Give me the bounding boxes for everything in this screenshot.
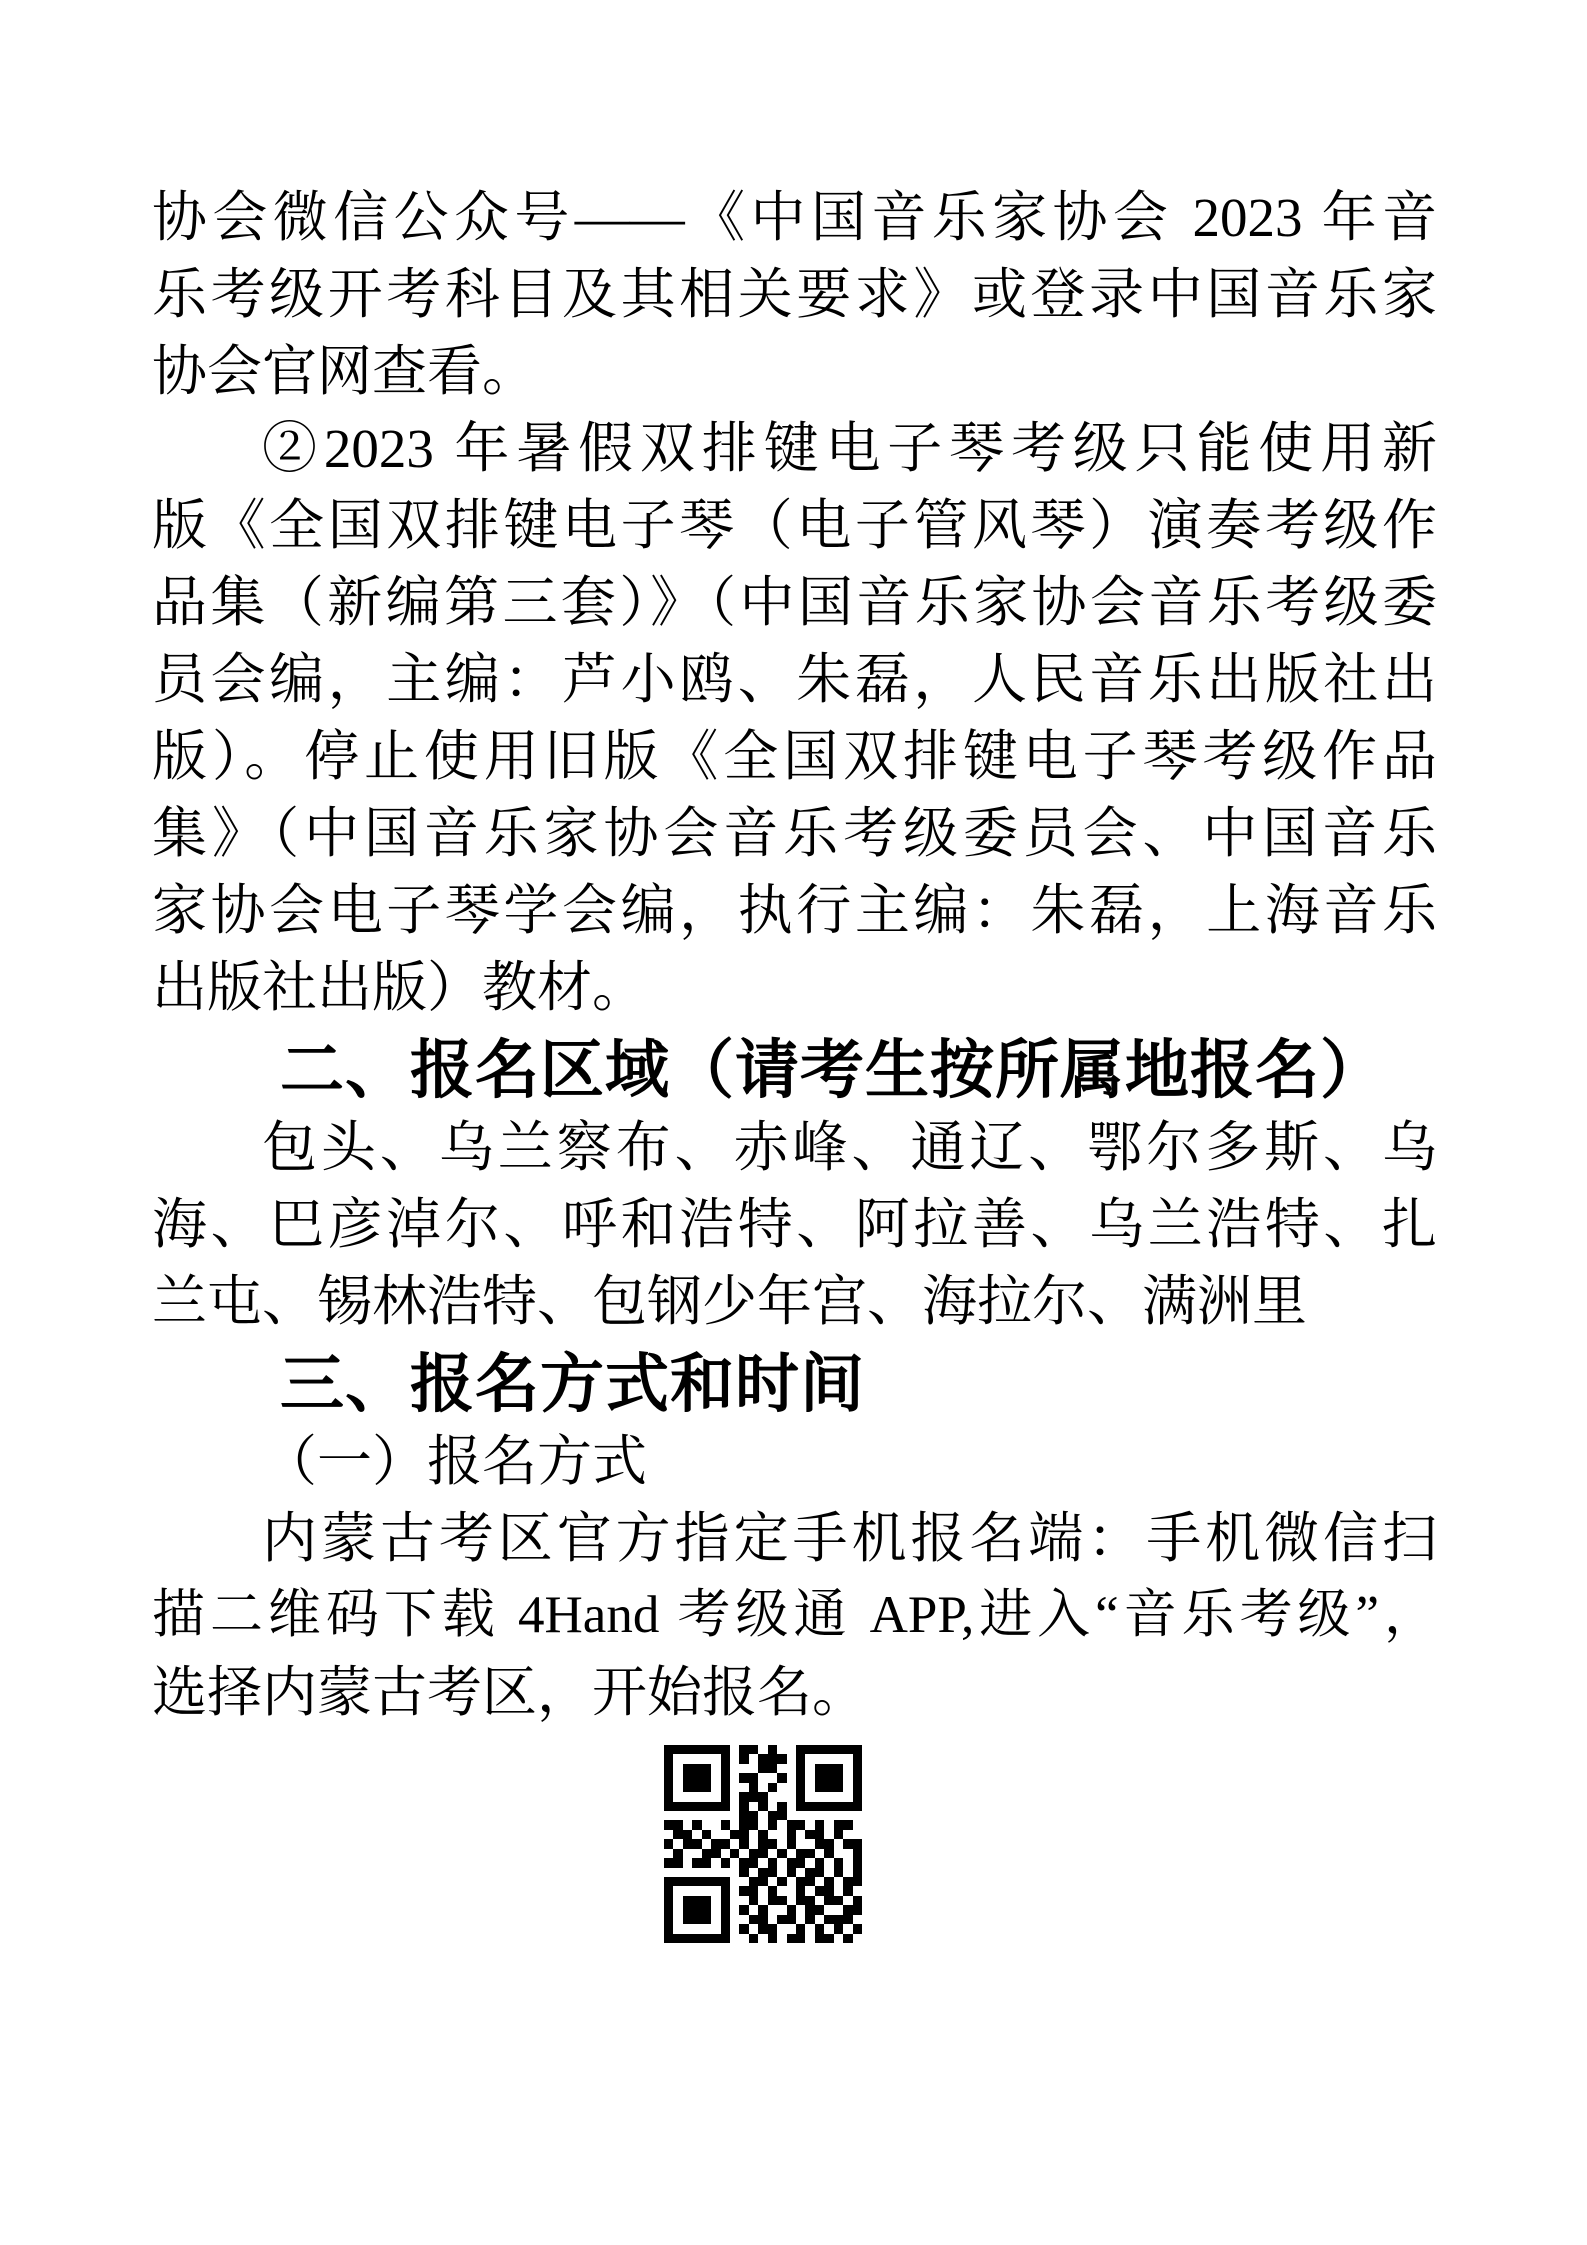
body-text-line: 品集（新编第三套）》（中国音乐家协会音乐考级委 bbox=[152, 564, 1437, 641]
qr-code bbox=[664, 1745, 862, 1943]
document-page: 协会微信公众号——《中国音乐家协会 2023 年音 乐考级开考科目及其相关要求》… bbox=[0, 0, 1587, 2245]
section-heading-registration-method: 三、报名方式和时间 bbox=[152, 1346, 1437, 1423]
body-text-line: 乐考级开考科目及其相关要求》或登录中国音乐家 bbox=[152, 256, 1437, 333]
body-text-line: 描二维码下载 4Hand 考级通 APP,进入“音乐考级”， bbox=[152, 1577, 1437, 1654]
body-text-line: 员会编，主编：芦小鸥、朱磊，人民音乐出版社出 bbox=[152, 641, 1437, 718]
body-text-line: 协会官网查看。 bbox=[152, 333, 1437, 410]
body-text-line: 兰屯、锡林浩特、包钢少年宫、海拉尔、满洲里 bbox=[152, 1263, 1437, 1340]
subsection-heading: （一）报名方式 bbox=[152, 1423, 1437, 1500]
body-text-line: 内蒙古考区官方指定手机报名端：手机微信扫 bbox=[152, 1500, 1437, 1577]
body-text-line: 集》（中国音乐家协会音乐考级委员会、中国音乐 bbox=[152, 795, 1437, 872]
body-text-line: 包头、乌兰察布、赤峰、通辽、鄂尔多斯、乌 bbox=[152, 1109, 1437, 1186]
body-text-line: 出版社出版）教材。 bbox=[152, 949, 1437, 1026]
qr-code-image bbox=[664, 1745, 862, 1943]
body-text-line: ②2023 年暑假双排键电子琴考级只能使用新 bbox=[152, 410, 1437, 487]
body-text-line: 版《全国双排键电子琴（电子管风琴）演奏考级作 bbox=[152, 487, 1437, 564]
body-text-line: 海、巴彦淖尔、呼和浩特、阿拉善、乌兰浩特、扎 bbox=[152, 1186, 1437, 1263]
body-text-line: 选择内蒙古考区，开始报名。 bbox=[152, 1654, 1437, 1731]
body-text-line: 家协会电子琴学会编，执行主编：朱磊，上海音乐 bbox=[152, 872, 1437, 949]
body-text-line: 协会微信公众号——《中国音乐家协会 2023 年音 bbox=[152, 179, 1437, 256]
body-text-line: 版）。停止使用旧版《全国双排键电子琴考级作品 bbox=[152, 718, 1437, 795]
section-heading-registration-area: 二、报名区域（请考生按所属地报名） bbox=[152, 1032, 1437, 1109]
